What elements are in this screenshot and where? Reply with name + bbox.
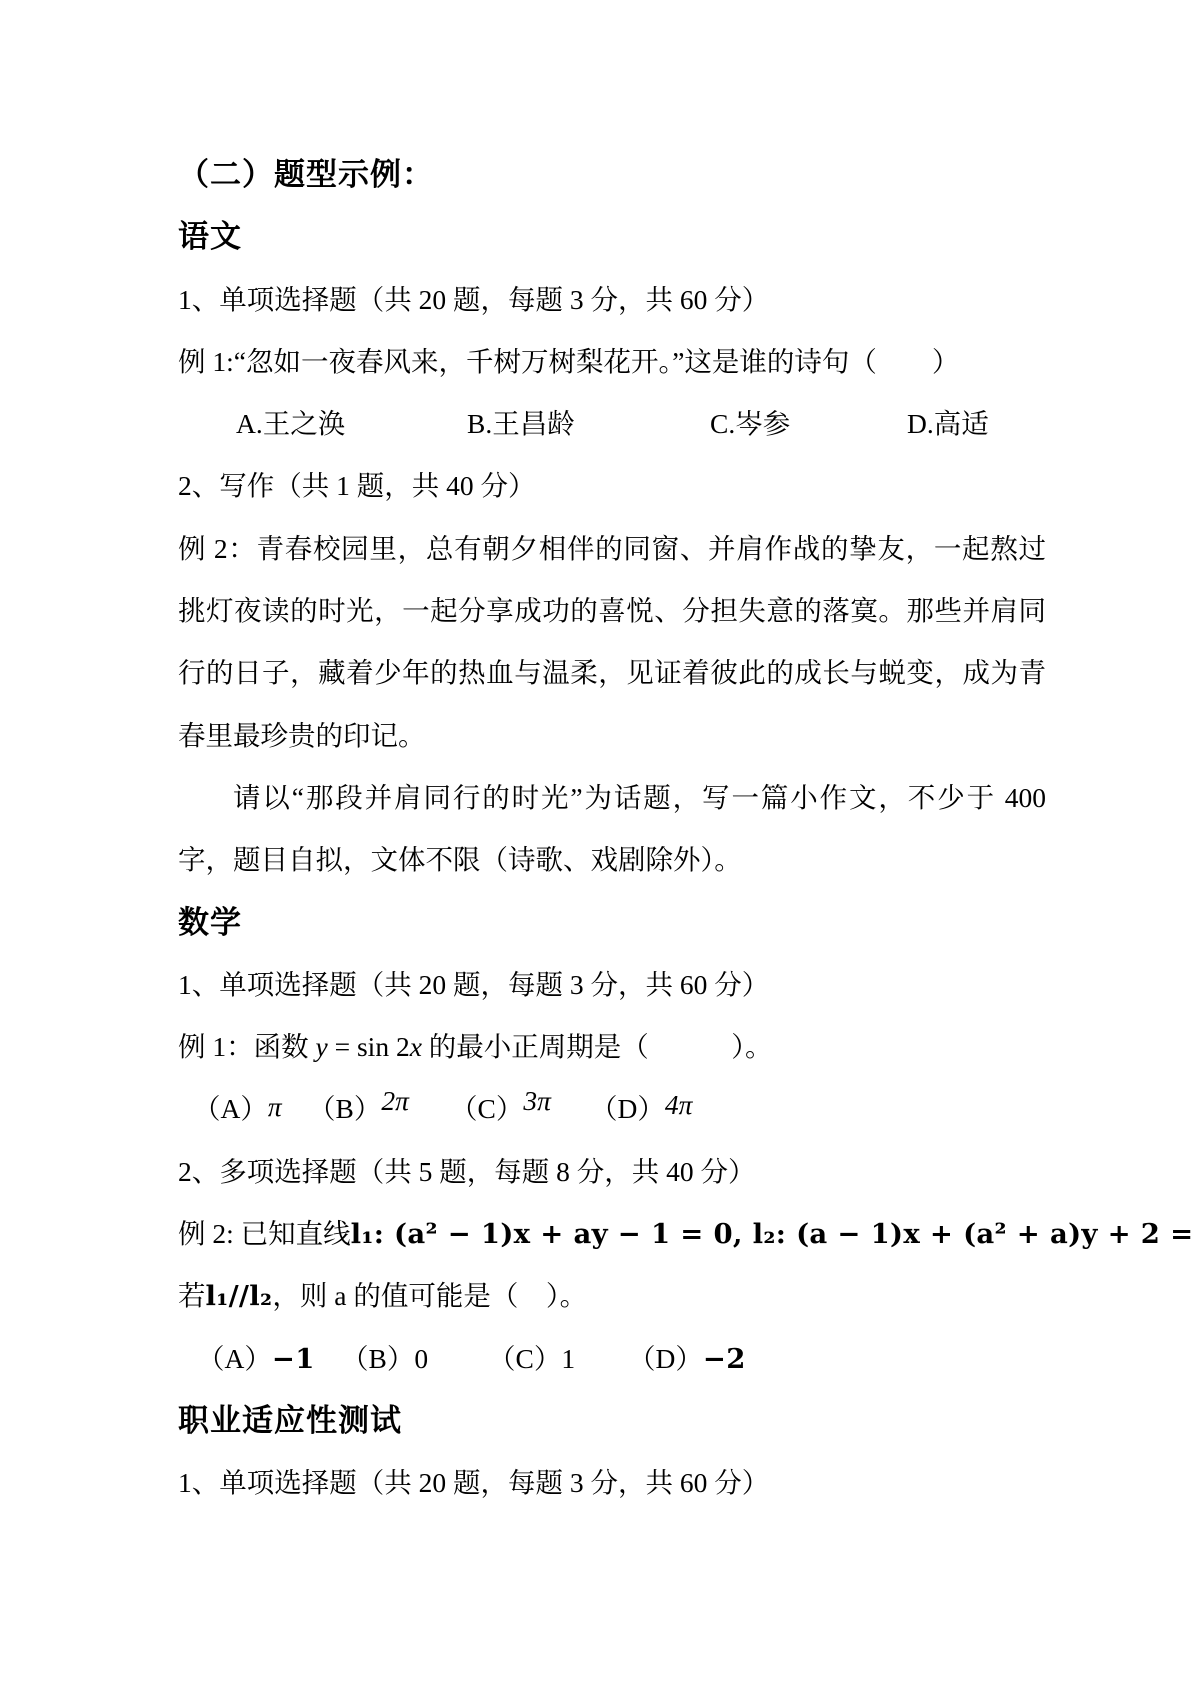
aptitude-q1-line: 1、单项选择题（共 20 题，每题 3 分，共 60 分） [178,1452,1046,1514]
math-q2-line: 2、多项选择题（共 5 题，每题 8 分，共 40 分） [178,1141,1046,1203]
math-example2-line-2: 若l₁//l₂，则 a 的值可能是（ ）。 [178,1265,1046,1327]
option-b: （B）0 [341,1328,428,1390]
math-example1-prefix: 例 1：函数 [178,1031,316,1062]
math-example1-line: 例 1：函数 y = sin 2x 的最小正周期是（ ）。 [178,1016,1046,1078]
option-b: B.王昌龄 [467,393,575,455]
chinese-example1-options: A.王之涣 B.王昌龄 C.岑参 D.高适 [178,393,1046,455]
math-example2-line-1: 例 2: 已知直线l₁: (a² − 1)x + ay − 1 = 0, l₂:… [178,1203,1046,1265]
document-page: （二）题型示例： 语文 1、单项选择题（共 20 题，每题 3 分，共 60 分… [178,144,1046,1515]
subject-title-aptitude: 职业适应性测试 [178,1390,1046,1452]
chinese-prompt-line-2: 字，题目自拟，文体不限（诗歌、戏剧除外）。 [178,829,1046,891]
math-example2-prefix: 例 2: 已知直线 [178,1218,351,1249]
math-parallel-condition: l₁//l₂ [206,1280,273,1312]
chinese-prompt-line-1: 请以“那段并肩同行的时光”为话题，写一篇小作文，不少于 400 [178,767,1046,829]
option-d: （D）4π [590,1078,692,1140]
chinese-q1-line: 1、单项选择题（共 20 题，每题 3 分，共 60 分） [178,269,1046,331]
chinese-example2-line-4: 春里最珍贵的印记。 [178,705,1046,767]
math-var-x: x [410,1031,422,1062]
chinese-example2-line-2: 挑灯夜读的时光，一起分享成功的喜悦、分担失意的落寞。那些并肩同 [178,580,1046,642]
chinese-example2-line-1: 例 2：青春校园里，总有朝夕相伴的同窗、并肩作战的挚友，一起熬过 [178,518,1046,580]
option-b: （B）2π [308,1078,409,1140]
option-a: （A）−1 [197,1328,315,1390]
chinese-example1-line: 例 1:“忽如一夜春风来，千树万树梨花开。”这是谁的诗句（ ） [178,331,1046,393]
math-example1-options: （A）π （B）2π （C）3π （D）4π [178,1078,1046,1140]
subject-title-math: 数学 [178,892,1046,954]
option-c: C.岑参 [710,393,790,455]
subject-title-chinese: 语文 [178,206,1046,268]
math-example2-line2-prefix: 若 [178,1280,206,1311]
option-a: A.王之涣 [236,393,345,455]
option-d: （D）−2 [628,1328,746,1390]
math-var-y: y [316,1031,328,1062]
section-heading: （二）题型示例： [178,144,1046,206]
chinese-q2-line: 2、写作（共 1 题，共 40 分） [178,455,1046,517]
math-example1-mid: = sin 2 [328,1031,410,1062]
math-example1-suffix: 的最小正周期是（ ）。 [422,1031,773,1062]
chinese-example2-line-3: 行的日子，藏着少年的热血与温柔，见证着彼此的成长与蜕变，成为青 [178,642,1046,704]
option-c: （C）1 [488,1328,575,1390]
option-d: D.高适 [907,393,989,455]
option-a: （A）π [193,1078,282,1140]
math-example2-options: （A）−1 （B）0 （C）1 （D）−2 [178,1328,1046,1390]
math-q1-line: 1、单项选择题（共 20 题，每题 3 分，共 60 分） [178,954,1046,1016]
math-equation-lines: l₁: (a² − 1)x + ay − 1 = 0, l₂: (a − 1)x… [351,1218,1191,1250]
math-example2-line2-suffix: ，则 a 的值可能是（ ）。 [272,1280,587,1311]
option-c: （C）3π [450,1078,551,1140]
